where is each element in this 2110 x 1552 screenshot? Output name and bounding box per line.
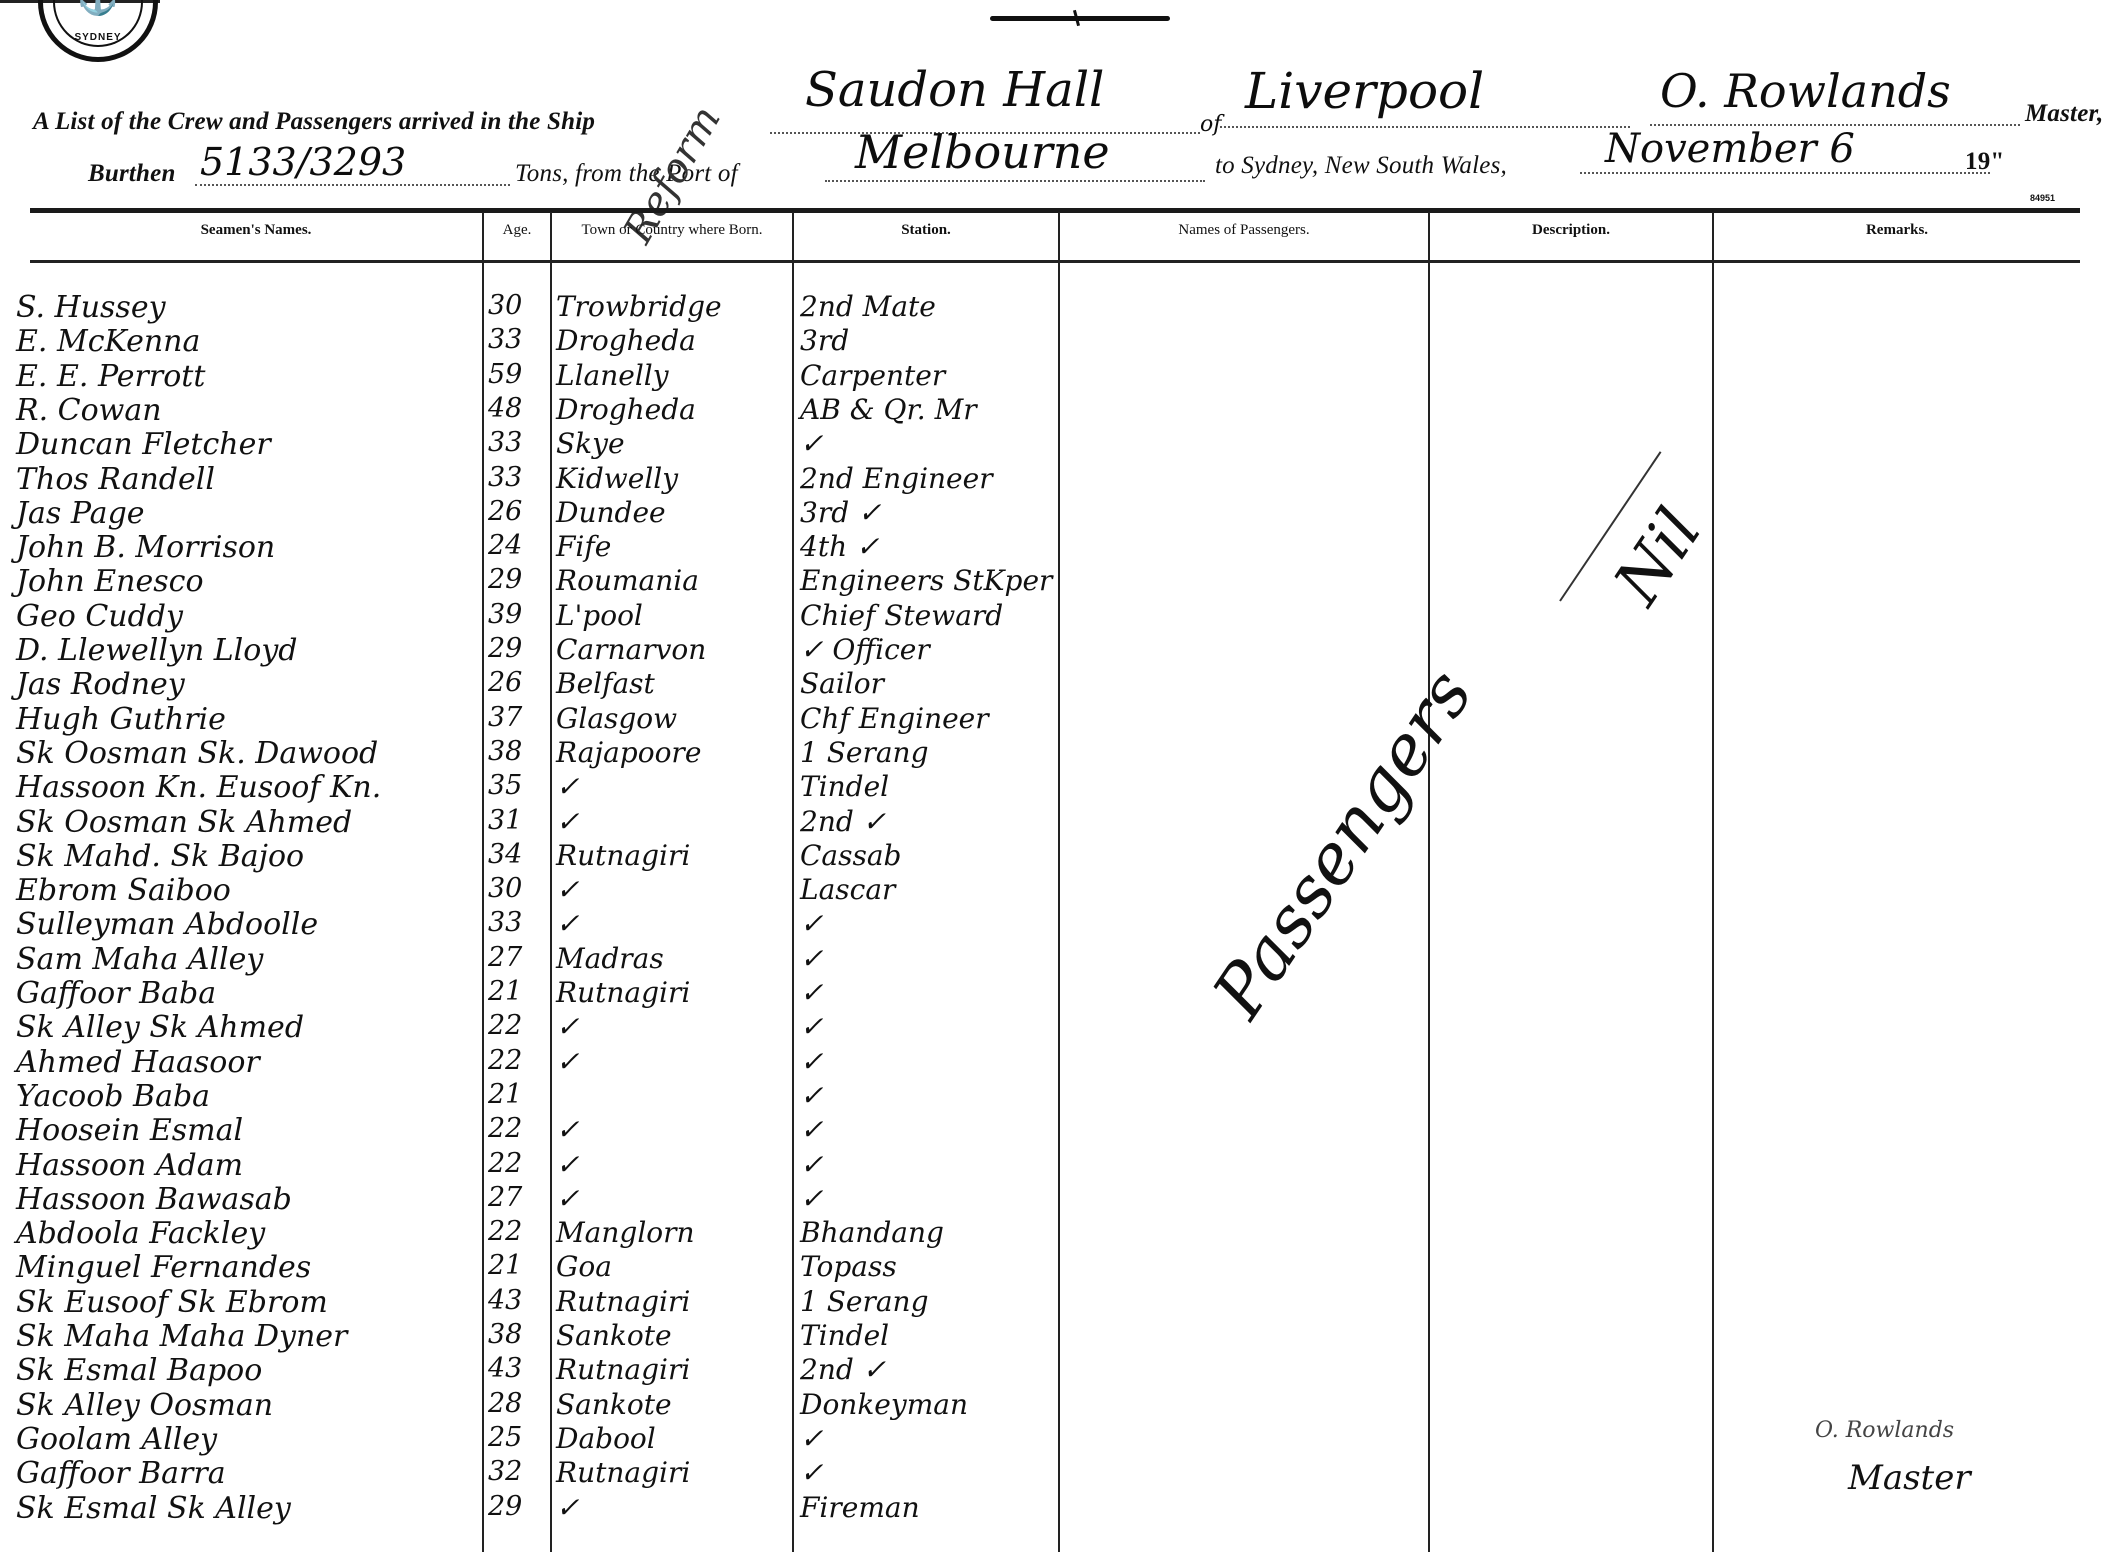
column-header-age: Age. — [484, 222, 550, 239]
crew-name: Sk Esmal Sk Alley — [16, 1491, 291, 1526]
column-header-town: Town or Country where Born. — [552, 222, 792, 239]
crew-name: Duncan Fletcher — [16, 427, 271, 462]
crew-birthplace: ✓ — [556, 1045, 579, 1078]
crew-birthplace: Kidwelly — [556, 462, 678, 495]
crew-birthplace: Llanelly — [556, 359, 669, 392]
table-row: E. McKenna33Drogheda3rd — [0, 324, 1060, 362]
table-row: Geo Cuddy39L'poolChief Steward — [0, 599, 1060, 637]
crew-age: 59 — [488, 359, 522, 390]
crew-birthplace: Sankote — [556, 1319, 672, 1352]
crew-name: Sk Esmal Bapoo — [16, 1353, 262, 1388]
crew-name: Gaffoor Barra — [16, 1456, 226, 1491]
crew-name: Hugh Guthrie — [16, 702, 226, 737]
crew-station: ✓ — [800, 976, 823, 1009]
crew-name: Ebrom Saiboo — [16, 873, 231, 908]
burthen-value: 5133/3293 — [200, 140, 406, 184]
crew-name: Ahmed Haasoor — [16, 1045, 260, 1080]
table-row: Ebrom Saiboo30✓Lascar — [0, 873, 1060, 911]
crew-name: Sam Maha Alley — [16, 942, 263, 977]
crew-name: Hassoon Adam — [16, 1148, 243, 1183]
crew-age: 25 — [488, 1422, 522, 1453]
crew-name: Geo Cuddy — [16, 599, 183, 634]
crew-age: 22 — [488, 1216, 522, 1247]
crew-name: Sk Alley Oosman — [16, 1388, 273, 1423]
crew-age: 33 — [488, 324, 522, 355]
anchor-icon: ⚓ — [43, 0, 153, 16]
crew-name: Gaffoor Baba — [16, 976, 216, 1011]
header-bottom-rule — [30, 260, 2080, 263]
table-row: Sk Oosman Sk Ahmed31✓2nd ✓ — [0, 805, 1060, 843]
crew-station: ✓ — [800, 427, 823, 460]
crew-age: 27 — [488, 942, 522, 973]
table-row: Sk Esmal Sk Alley29✓Fireman — [0, 1491, 1060, 1529]
crew-station: Tindel — [800, 1319, 889, 1352]
crew-station: Lascar — [800, 873, 895, 906]
crew-station: AB & Qr. Mr — [800, 393, 977, 426]
arrival-date: November 6 — [1605, 126, 1855, 172]
table-row: Sk Esmal Bapoo43Rutnagiri2nd ✓ — [0, 1353, 1060, 1391]
crew-birthplace: ✓ — [556, 805, 579, 838]
home-port-dotted-line — [1220, 126, 1630, 128]
table-row: Sk Alley Sk Ahmed22✓✓ — [0, 1010, 1060, 1048]
crew-station: 2nd ✓ — [800, 805, 886, 838]
crew-birthplace: Dundee — [556, 496, 666, 529]
crew-age: 26 — [488, 667, 522, 698]
crew-birthplace: Skye — [556, 427, 625, 460]
crew-age: 37 — [488, 702, 522, 733]
crew-station: 2nd ✓ — [800, 1353, 886, 1386]
crew-name: Hassoon Kn. Eusoof Kn. — [16, 770, 381, 805]
crew-birthplace: ✓ — [556, 1182, 579, 1215]
crew-age: 43 — [488, 1285, 522, 1316]
crew-birthplace: Sankote — [556, 1388, 672, 1421]
table-row: Hassoon Adam22✓✓ — [0, 1148, 1060, 1186]
crew-station: Sailor — [800, 667, 884, 700]
crew-birthplace: Rutnagiri — [556, 1456, 690, 1489]
table-row: Jas Page26Dundee3rd ✓ — [0, 496, 1060, 534]
crew-station: 4th ✓ — [800, 530, 879, 563]
crew-name: Minguel Fernandes — [16, 1250, 311, 1285]
burthen-label: Burthen — [88, 160, 176, 188]
arrival-year: 19" — [1965, 148, 2004, 176]
crew-name: Yacoob Baba — [16, 1079, 210, 1114]
crew-birthplace: Drogheda — [556, 324, 696, 357]
column-header-remarks: Remarks. — [1714, 222, 2080, 239]
crew-birthplace: Manglorn — [556, 1216, 695, 1249]
table-row: Hugh Guthrie37GlasgowChf Engineer — [0, 702, 1060, 740]
crew-name: Sk Oosman Sk. Dawood — [16, 736, 378, 771]
crew-station: ✓ — [800, 1045, 823, 1078]
of-label: of — [1200, 112, 1221, 137]
crew-birthplace: ✓ — [556, 1491, 579, 1524]
crew-age: 33 — [488, 462, 522, 493]
column-header-passengers: Names of Passengers. — [1060, 222, 1428, 239]
table-row: S. Hussey30Trowbridge2nd Mate — [0, 290, 1060, 328]
top-ornament-rule — [990, 16, 1170, 21]
from-port: Melbourne — [855, 125, 1110, 179]
table-row: Sk Oosman Sk. Dawood38Rajapoore1 Serang — [0, 736, 1060, 774]
crew-age: 33 — [488, 427, 522, 458]
crew-name: D. Llewellyn Lloyd — [16, 633, 297, 668]
crew-age: 34 — [488, 839, 522, 870]
crew-name: Sk Oosman Sk Ahmed — [16, 805, 352, 840]
crew-birthplace: Rajapoore — [556, 736, 701, 769]
crew-age: 22 — [488, 1010, 522, 1041]
table-row: Hassoon Kn. Eusoof Kn.35✓Tindel — [0, 770, 1060, 808]
crew-age: 21 — [488, 1250, 522, 1281]
table-row: Duncan Fletcher33Skye✓ — [0, 427, 1060, 465]
crew-name: Hoosein Esmal — [16, 1113, 243, 1148]
seal-text: SYDNEY — [43, 32, 153, 43]
burthen-dotted-line — [195, 184, 510, 186]
column-header-station: Station. — [794, 222, 1058, 239]
crew-name: Sk Maha Maha Dyner — [16, 1319, 347, 1354]
crew-birthplace: Fife — [556, 530, 611, 563]
signature-title: Master — [1848, 1458, 1971, 1498]
crew-birthplace: ✓ — [556, 873, 579, 906]
column-divider-description — [1428, 212, 1430, 1552]
crew-station: 3rd ✓ — [800, 496, 881, 529]
crew-birthplace: ✓ — [556, 1113, 579, 1146]
home-port: Liverpool — [1245, 62, 1484, 120]
crew-birthplace: Roumania — [556, 564, 699, 597]
table-row: Jas Rodney26BelfastSailor — [0, 667, 1060, 705]
crew-age: 29 — [488, 564, 522, 595]
table-row: Sk Mahd. Sk Bajoo34RutnagiriCassab — [0, 839, 1060, 877]
crew-age: 31 — [488, 805, 522, 836]
crew-age: 29 — [488, 1491, 522, 1522]
column-header-description: Description. — [1430, 222, 1712, 239]
crew-station: ✓ — [800, 1422, 823, 1455]
crew-birthplace: Drogheda — [556, 393, 696, 426]
crew-age: 26 — [488, 496, 522, 527]
crew-station: Fireman — [800, 1491, 920, 1524]
crew-birthplace: Rutnagiri — [556, 839, 690, 872]
crew-station: Carpenter — [800, 359, 945, 392]
from-port-dotted-line — [825, 180, 1205, 182]
crew-birthplace: ✓ — [556, 1148, 579, 1181]
crew-station: Chf Engineer — [800, 702, 989, 735]
crew-station: 2nd Engineer — [800, 462, 993, 495]
crew-birthplace: ✓ — [556, 907, 579, 940]
crew-station: Donkeyman — [800, 1388, 968, 1421]
crew-age: 38 — [488, 1319, 522, 1350]
crew-birthplace: ✓ — [556, 770, 579, 803]
header-top-rule — [30, 208, 2080, 213]
to-sydney-label: to Sydney, New South Wales, — [1215, 152, 1507, 180]
crew-birthplace: Goa — [556, 1250, 612, 1283]
crew-birthplace: Madras — [556, 942, 664, 975]
crew-name: Sk Alley Sk Ahmed — [16, 1010, 304, 1045]
crew-birthplace: ✓ — [556, 1010, 579, 1043]
crew-age: 33 — [488, 907, 522, 938]
shipping-department-seal: ⚓ SYDNEY — [38, 0, 158, 62]
table-row: Hassoon Bawasab27✓✓ — [0, 1182, 1060, 1220]
master-name: O. Rowlands — [1660, 64, 1951, 118]
crew-name: Thos Randell — [16, 462, 215, 497]
crew-station: ✓ — [800, 1079, 823, 1112]
crew-name: Sulleyman Abdoolle — [16, 907, 318, 942]
crew-birthplace: Dabool — [556, 1422, 656, 1455]
header-line1-prefix: A List of the Crew and Passengers arrive… — [33, 108, 595, 136]
crew-birthplace: Trowbridge — [556, 290, 722, 323]
crew-station: Tindel — [800, 770, 889, 803]
table-row: Ahmed Haasoor22✓✓ — [0, 1045, 1060, 1083]
crew-station: ✓ — [800, 1456, 823, 1489]
crew-age: 38 — [488, 736, 522, 767]
crew-name: R. Cowan — [16, 393, 162, 428]
crew-station: Engineers StKper — [800, 564, 1052, 597]
crew-age: 39 — [488, 599, 522, 630]
crew-age: 21 — [488, 1079, 522, 1110]
table-row: Gaffoor Barra32Rutnagiri✓ — [0, 1456, 1060, 1494]
crew-name: Hassoon Bawasab — [16, 1182, 292, 1217]
table-row: Hoosein Esmal22✓✓ — [0, 1113, 1060, 1151]
crew-station: Bhandang — [800, 1216, 944, 1249]
crew-name: John Enesco — [16, 564, 204, 599]
table-row: Sk Eusoof Sk Ebrom43Rutnagiri1 Serang — [0, 1285, 1060, 1323]
crew-birthplace: Belfast — [556, 667, 655, 700]
table-row: E. E. Perrott59LlanellyCarpenter — [0, 359, 1060, 397]
crew-age: 48 — [488, 393, 522, 424]
column-header-names: Seamen's Names. — [30, 222, 482, 239]
crew-age: 22 — [488, 1113, 522, 1144]
table-row: Sam Maha Alley27Madras✓ — [0, 942, 1060, 980]
table-row: Yacoob Baba21✓ — [0, 1079, 1060, 1117]
crew-name: Sk Eusoof Sk Ebrom — [16, 1285, 328, 1320]
crew-name: Sk Mahd. Sk Bajoo — [16, 839, 304, 874]
crew-station: Chief Steward — [800, 599, 1003, 632]
date-dotted-line — [1580, 172, 1990, 174]
crew-name: John B. Morrison — [16, 530, 275, 565]
table-row: Sk Alley Oosman28SankoteDonkeyman — [0, 1388, 1060, 1426]
crew-name: Jas Page — [16, 496, 145, 531]
crew-birthplace: Glasgow — [556, 702, 677, 735]
table-row: Minguel Fernandes21GoaTopass — [0, 1250, 1060, 1288]
crew-station: 1 Serang — [800, 1285, 929, 1318]
crew-station: 1 Serang — [800, 736, 929, 769]
form-number: 84951 — [2030, 193, 2055, 203]
ship-name: Saudon Hall — [805, 62, 1104, 118]
master-label: Master, — [2025, 100, 2104, 128]
crew-station: Topass — [800, 1250, 897, 1283]
crew-station: ✓ — [800, 1010, 823, 1043]
crew-station: Cassab — [800, 839, 901, 872]
crew-birthplace: Carnarvon — [556, 633, 706, 666]
crew-age: 22 — [488, 1045, 522, 1076]
crew-station: ✓ — [800, 1182, 823, 1215]
crew-station: ✓ — [800, 1113, 823, 1146]
table-row: John Enesco29RoumaniaEngineers StKper — [0, 564, 1060, 602]
crew-age: 21 — [488, 976, 522, 1007]
crew-birthplace: L'pool — [556, 599, 643, 632]
table-row: Sulleyman Abdoolle33✓✓ — [0, 907, 1060, 945]
crew-name: Goolam Alley — [16, 1422, 217, 1457]
crew-name: E. McKenna — [16, 324, 200, 359]
crew-name: E. E. Perrott — [16, 359, 205, 394]
crew-birthplace: Rutnagiri — [556, 1353, 690, 1386]
table-row: Thos Randell33Kidwelly2nd Engineer — [0, 462, 1060, 500]
crew-age: 22 — [488, 1148, 522, 1179]
signature-name: O. Rowlands — [1815, 1418, 1954, 1443]
crew-station: ✓ — [800, 942, 823, 975]
crew-age: 32 — [488, 1456, 522, 1487]
table-row: Sk Maha Maha Dyner38SankoteTindel — [0, 1319, 1060, 1357]
table-row: Goolam Alley25Dabool✓ — [0, 1422, 1060, 1460]
crew-station: ✓ — [800, 1148, 823, 1181]
table-row: R. Cowan48DroghedaAB & Qr. Mr — [0, 393, 1060, 431]
crew-name: Abdoola Fackley — [16, 1216, 265, 1251]
crew-name: S. Hussey — [16, 290, 166, 325]
crew-age: 28 — [488, 1388, 522, 1419]
table-row: Gaffoor Baba21Rutnagiri✓ — [0, 976, 1060, 1014]
table-row: Abdoola Fackley22ManglornBhandang — [0, 1216, 1060, 1254]
crew-age: 24 — [488, 530, 522, 561]
crew-station: ✓ Officer — [800, 633, 930, 666]
crew-age: 29 — [488, 633, 522, 664]
crew-age: 43 — [488, 1353, 522, 1384]
crew-age: 27 — [488, 1182, 522, 1213]
crew-age: 30 — [488, 290, 522, 321]
passengers-note-word: Passengers — [1197, 655, 1488, 1032]
crew-station: 3rd — [800, 324, 849, 357]
crew-age: 35 — [488, 770, 522, 801]
column-divider-remarks — [1712, 212, 1714, 1552]
crew-station: 2nd Mate — [800, 290, 936, 323]
table-row: D. Llewellyn Lloyd29Carnarvon✓ Officer — [0, 633, 1060, 671]
table-row: John B. Morrison24Fife4th ✓ — [0, 530, 1060, 568]
crew-birthplace: Rutnagiri — [556, 976, 690, 1009]
crew-name: Jas Rodney — [16, 667, 185, 702]
crew-station: ✓ — [800, 907, 823, 940]
crew-birthplace: Rutnagiri — [556, 1285, 690, 1318]
crew-age: 30 — [488, 873, 522, 904]
